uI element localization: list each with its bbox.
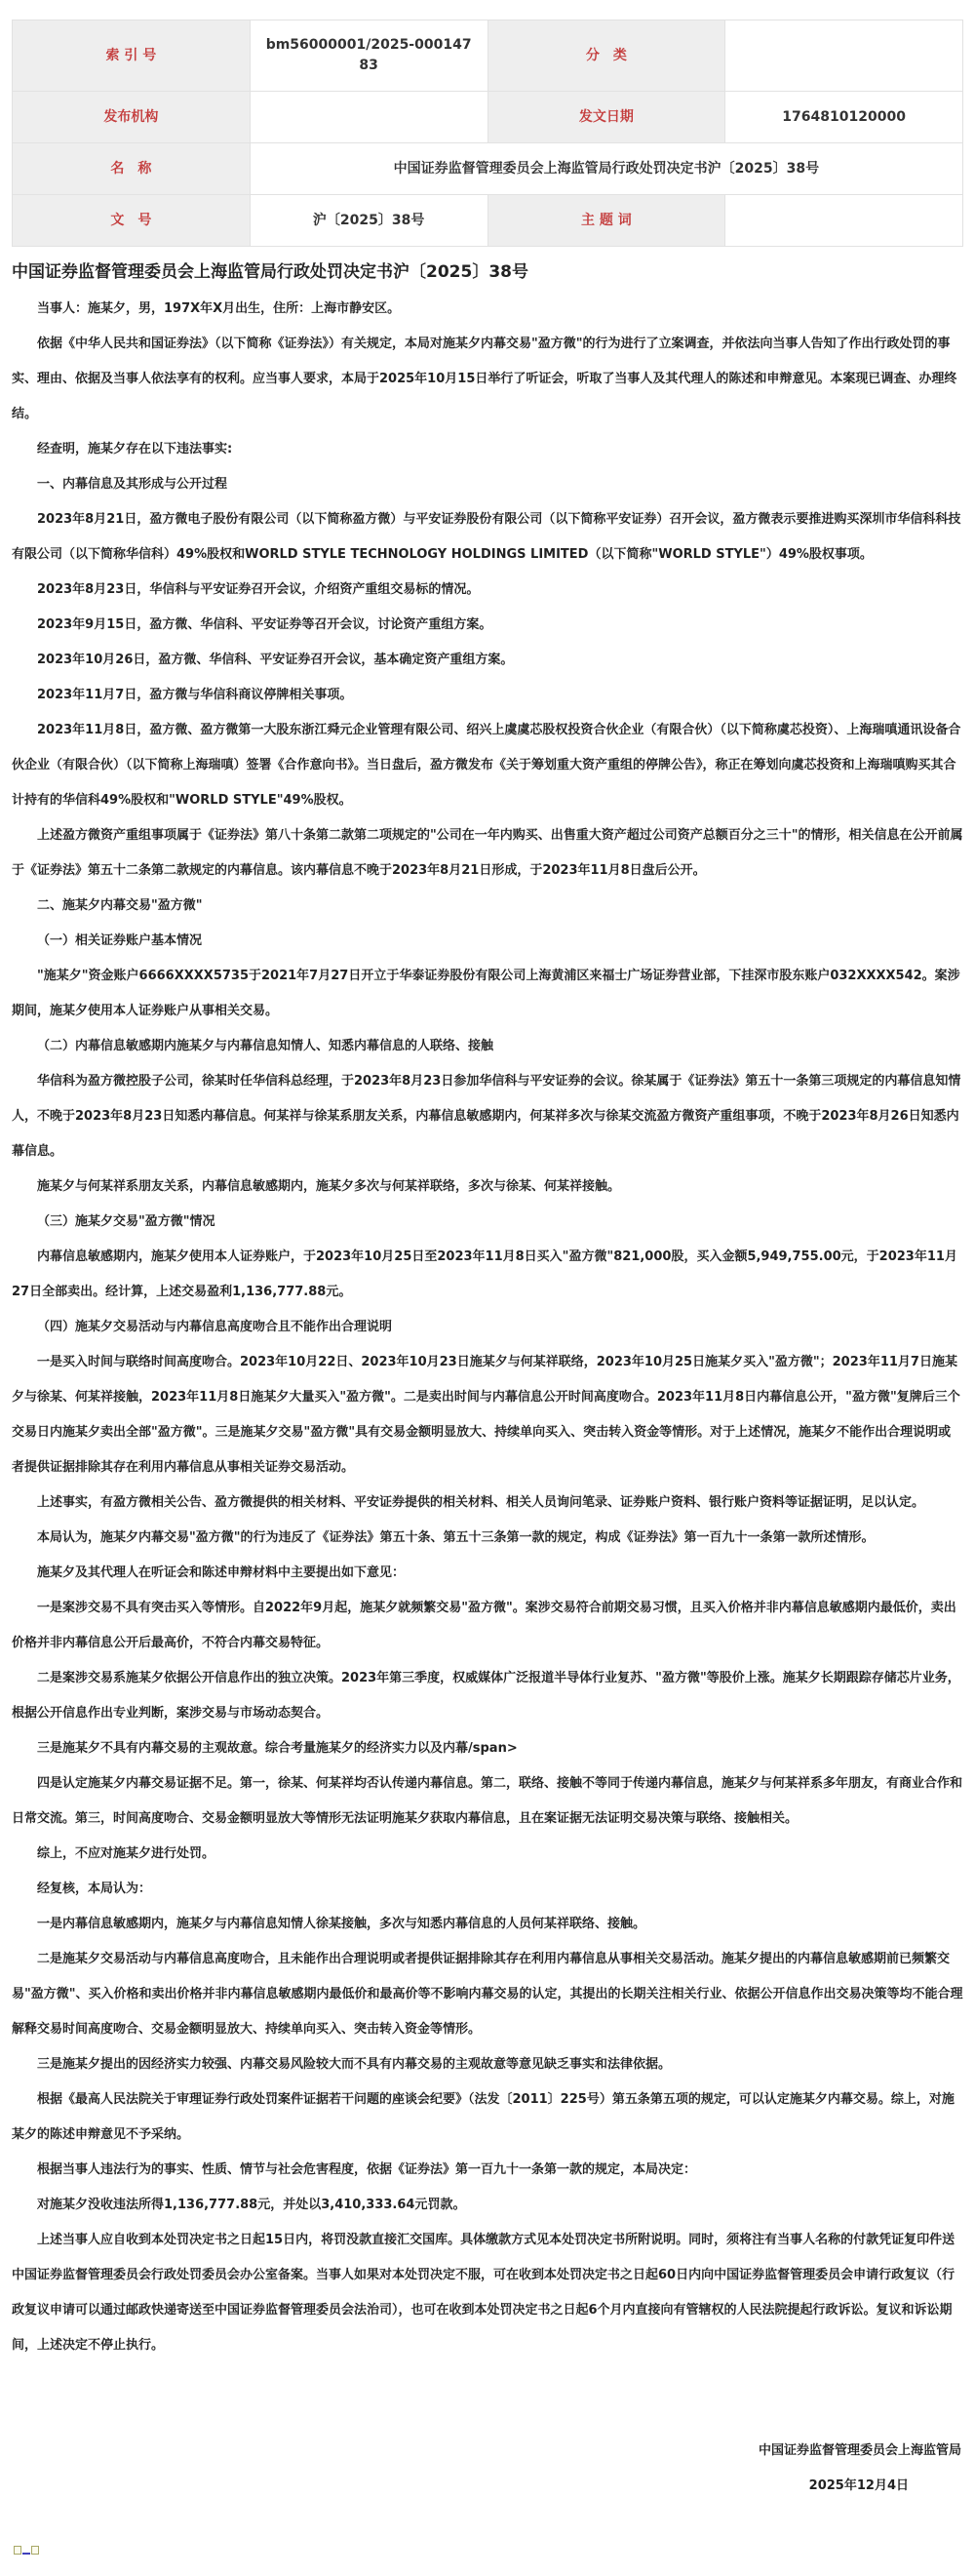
document-paragraph: 根据《最高人民法院关于审理证券行政处罚案件证据若干问题的座谈会纪要》（法发〔20… bbox=[12, 2082, 963, 2153]
document-paragraph: 三是施某夕不具有内幕交易的主观故意。综合考量施某夕的经济实力以及内幕/span> bbox=[12, 1731, 963, 1766]
document-paragraph: 内幕信息敏感期内，施某夕使用本人证券账户，于2023年10月25日至2023年1… bbox=[12, 1240, 963, 1310]
document-paragraph: 本局认为，施某夕内幕交易"盈方微"的行为违反了《证券法》第五十条、第五十三条第一… bbox=[12, 1521, 963, 1556]
document-page: 索 引 号 bm56000001/2025-00014783 分 类 发布机构 … bbox=[0, 0, 975, 2576]
table-row: 名 称 中国证券监督管理委员会上海监管局行政处罚决定书沪〔2025〕38号 bbox=[13, 143, 963, 195]
broken-image-icon bbox=[14, 2545, 39, 2555]
doc-number-value: 沪〔2025〕38号 bbox=[250, 195, 487, 247]
document-paragraph: 上述事实，有盈方微相关公告、盈方微提供的相关材料、平安证券提供的相关材料、相关人… bbox=[12, 1486, 963, 1521]
document-paragraph: 2023年11月7日，盈方微与华信科商议停牌相关事项。 bbox=[12, 678, 963, 713]
document-paragraph: 一是买入时间与联络时间高度吻合。2023年10月22日、2023年10月23日施… bbox=[12, 1345, 963, 1486]
broken-image-underscore-icon bbox=[22, 2553, 30, 2555]
table-row: 发布机构 发文日期 1764810120000 bbox=[13, 92, 963, 143]
signature-agency: 中国证券监督管理委员会上海监管局 bbox=[12, 2434, 963, 2469]
document-paragraph: 对施某夕没收违法所得1,136,777.88元，并处以3,410,333.64元… bbox=[12, 2188, 963, 2223]
document-paragraph: 2023年9月15日，盈方微、华信科、平安证券等召开会议，讨论资产重组方案。 bbox=[12, 608, 963, 643]
document-paragraph: 一、内幕信息及其形成与公开过程 bbox=[12, 467, 963, 502]
signature-block: 中国证券监督管理委员会上海监管局 2025年12月4日 bbox=[12, 2434, 963, 2504]
document-paragraph: 一是内幕信息敏感期内，施某夕与内幕信息知情人徐某接触，多次与知悉内幕信息的人员何… bbox=[12, 1907, 963, 1942]
broken-image-box-icon bbox=[31, 2546, 39, 2555]
document-paragraph: 华信科为盈方微控股子公司，徐某时任华信科总经理，于2023年8月23日参加华信科… bbox=[12, 1064, 963, 1169]
document-paragraph: 2023年11月8日，盈方微、盈方微第一大股东浙江舜元企业管理有限公司、绍兴上虞… bbox=[12, 713, 963, 818]
meta-table: 索 引 号 bm56000001/2025-00014783 分 类 发布机构 … bbox=[12, 20, 963, 247]
document-paragraph: 施某夕及其代理人在听证会和陈述申辩材料中主要提出如下意见： bbox=[12, 1556, 963, 1591]
document-paragraph: 综上，不应对施某夕进行处罚。 bbox=[12, 1837, 963, 1872]
document-paragraph: 上述盈方微资产重组事项属于《证券法》第八十条第二款第二项规定的"公司在一年内购买… bbox=[12, 818, 963, 889]
index-number-label: 索 引 号 bbox=[13, 20, 251, 92]
subject-value bbox=[725, 195, 963, 247]
category-label: 分 类 bbox=[487, 20, 725, 92]
category-value bbox=[725, 20, 963, 92]
subject-label: 主 题 词 bbox=[487, 195, 725, 247]
index-number-value: bm56000001/2025-00014783 bbox=[250, 20, 487, 92]
document-paragraph: 四是认定施某夕内幕交易证据不足。第一，徐某、何某祥均否认传递内幕信息。第二，联络… bbox=[12, 1766, 963, 1837]
document-title: 中国证券监督管理委员会上海监管局行政处罚决定书沪〔2025〕38号 bbox=[12, 260, 963, 286]
document-paragraph: 一是案涉交易不具有突击买入等情形。自2022年9月起，施某夕就频繁交易"盈方微"… bbox=[12, 1591, 963, 1661]
name-value: 中国证券监督管理委员会上海监管局行政处罚决定书沪〔2025〕38号 bbox=[250, 143, 962, 195]
name-label: 名 称 bbox=[13, 143, 251, 195]
document-paragraph: 当事人：施某夕，男，197X年X月出生，住所：上海市静安区。 bbox=[12, 292, 963, 327]
signature-date: 2025年12月4日 bbox=[12, 2469, 963, 2504]
document-paragraph: 二是案涉交易系施某夕依据公开信息作出的独立决策。2023年第三季度，权威媒体广泛… bbox=[12, 1661, 963, 1731]
doc-number-label: 文 号 bbox=[13, 195, 251, 247]
document-paragraph: （三）施某夕交易"盈方微"情况 bbox=[12, 1205, 963, 1240]
document-paragraph: 经查明，施某夕存在以下违法事实: bbox=[12, 432, 963, 467]
publisher-value bbox=[250, 92, 487, 143]
document-paragraph: "施某夕"资金账户6666XXXX5735于2021年7月27日开立于华泰证券股… bbox=[12, 959, 963, 1029]
document-paragraph: 2023年10月26日，盈方微、华信科、平安证券召开会议，基本确定资产重组方案。 bbox=[12, 643, 963, 678]
publish-date-value: 1764810120000 bbox=[725, 92, 963, 143]
publish-date-label: 发文日期 bbox=[487, 92, 725, 143]
document-paragraph: 2023年8月21日，盈方微电子股份有限公司（以下简称盈方微）与平安证券股份有限… bbox=[12, 502, 963, 573]
document-paragraph: （一）相关证券账户基本情况 bbox=[12, 924, 963, 959]
document-paragraph: 经复核，本局认为： bbox=[12, 1872, 963, 1907]
document-paragraph: 根据当事人违法行为的事实、性质、情节与社会危害程度，依据《证券法》第一百九十一条… bbox=[12, 2153, 963, 2188]
document-paragraph: 上述当事人应自收到本处罚决定书之日起15日内，将罚没款直接汇交国库。具体缴款方式… bbox=[12, 2223, 963, 2363]
document-paragraph: 三是施某夕提出的因经济实力较强、内幕交易风险较大而不具有内幕交易的主观故意等意见… bbox=[12, 2047, 963, 2082]
publisher-label: 发布机构 bbox=[13, 92, 251, 143]
table-row: 索 引 号 bm56000001/2025-00014783 分 类 bbox=[13, 20, 963, 92]
broken-image-box-icon bbox=[14, 2546, 21, 2555]
document-body: 当事人：施某夕，男，197X年X月出生，住所：上海市静安区。依据《中华人民共和国… bbox=[12, 292, 963, 2363]
document-paragraph: （四）施某夕交易活动与内幕信息高度吻合且不能作出合理说明 bbox=[12, 1310, 963, 1345]
table-row: 文 号 沪〔2025〕38号 主 题 词 bbox=[13, 195, 963, 247]
document-paragraph: 2023年8月23日，华信科与平安证券召开会议，介绍资产重组交易标的情况。 bbox=[12, 573, 963, 608]
document-paragraph: 二是施某夕交易活动与内幕信息高度吻合，且未能作出合理说明或者提供证据排除其存在利… bbox=[12, 1942, 963, 2047]
document-paragraph: 二、施某夕内幕交易"盈方微" bbox=[12, 889, 963, 924]
document-paragraph: （二）内幕信息敏感期内施某夕与内幕信息知情人、知悉内幕信息的人联络、接触 bbox=[12, 1029, 963, 1064]
document-paragraph: 依据《中华人民共和国证券法》（以下简称《证券法》）有关规定，本局对施某夕内幕交易… bbox=[12, 327, 963, 432]
document-paragraph: 施某夕与何某祥系朋友关系，内幕信息敏感期内，施某夕多次与何某祥联络，多次与徐某、… bbox=[12, 1169, 963, 1205]
